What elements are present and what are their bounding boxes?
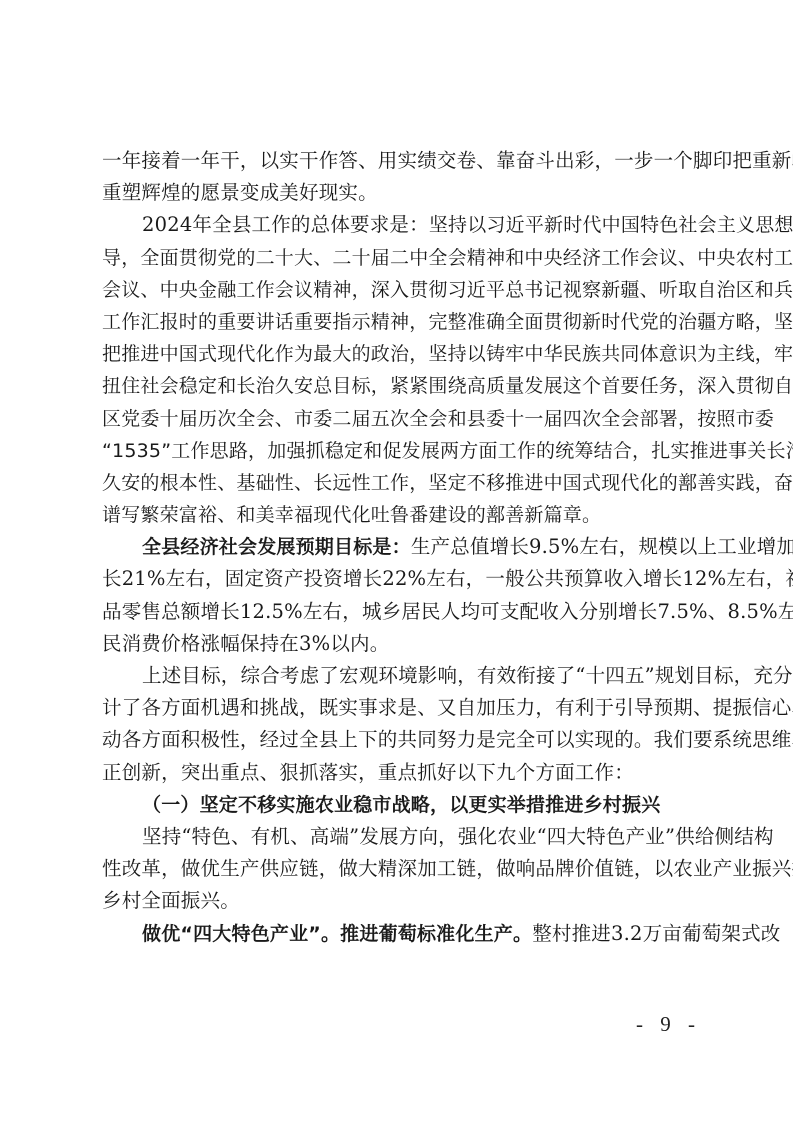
paragraph-lead: 做优“四大特色产业”。推进葡萄标准化生产。 [142,923,532,945]
paragraph-lead: 全县经济社会发展预期目标是： [142,536,411,558]
paragraph-line: 动各方面积极性，经过全县上下的共同努力是完全可以实现的。我们要系统思维、守 [102,724,698,756]
section-heading: （一）坚定不移实施农业稳市战略，以更实举措推进乡村振兴 [102,789,698,821]
paragraph-text: 坚持以习近平新时代中国特色社会主义思想为指 [429,214,793,236]
paragraph-line: 谱写繁荣富裕、和美幸福现代化吐鲁番建设的鄯善新篇章。 [102,499,698,531]
paragraph-line: 工作汇报时的重要讲话重要指示精神，完整准确全面贯彻新时代党的治疆方略，坚持 [102,306,698,338]
paragraph-line: 扭住社会稳定和长治久安总目标，紧紧围绕高质量发展这个首要任务，深入贯彻自治 [102,370,698,402]
paragraph-text: 整村推进3.2万亩葡萄架式改 [532,922,780,945]
paragraph-line: 一年接着一年干，以实干作答、用实绩交卷、靠奋斗出彩，一步一个脚印把重新崛起 [102,145,698,177]
paragraph-line: 全县经济社会发展预期目标是：生产总值增长9.5%左右，规模以上工业增加值增 [102,531,698,563]
paragraph-line: 长21%左右，固定资产投资增长22%左右，一般公共预算收入增长12%左右，社会消… [102,563,698,595]
paragraph-line: “1535”工作思路，加强抓稳定和促发展两方面工作的统筹结合，扎实推进事关长治 [102,435,698,467]
paragraph-line: 民消费价格涨幅保持在3%以内。 [102,628,698,660]
paragraph-line: 乡村全面振兴。 [102,885,698,917]
paragraph-line: 2024年全县工作的总体要求是：坚持以习近平新时代中国特色社会主义思想为指 [102,209,698,241]
paragraph-line: 正创新，突出重点、狠抓落实，重点抓好以下九个方面工作： [102,757,698,789]
paragraph-line: 导，全面贯彻党的二十大、二十届二中全会精神和中央经济工作会议、中央农村工作 [102,242,698,274]
paragraph-line: 上述目标，综合考虑了宏观环境影响，有效衔接了“十四五”规划目标，充分估 [102,660,698,692]
paragraph-line: 性改革，做优生产供应链，做大精深加工链，做响品牌价值链，以农业产业振兴推动 [102,853,698,885]
page-number: - 9 - [636,1012,701,1037]
paragraph-line: 重塑辉煌的愿景变成美好现实。 [102,177,698,209]
paragraph-line: 会议、中央金融工作会议精神，深入贯彻习近平总书记视察新疆、听取自治区和兵团 [102,274,698,306]
paragraph-line: 把推进中国式现代化作为最大的政治，坚持以铸牢中华民族共同体意识为主线，牢牢 [102,338,698,370]
paragraph-text: 生产总值增长9.5%左右，规模以上工业增加值增 [411,535,793,558]
paragraph-lead: 2024年全县工作的总体要求是： [142,213,429,236]
paragraph-line: 久安的根本性、基础性、长远性工作，坚定不移推进中国式现代化的鄯善实践，奋力 [102,467,698,499]
paragraph-line: 区党委十届历次全会、市委二届五次全会和县委十一届四次全会部署，按照市委 [102,403,698,435]
paragraph-line: 品零售总额增长12.5%左右，城乡居民人均可支配收入分别增长7.5%、8.5%左… [102,596,698,628]
paragraph-line: 坚持“特色、有机、高端”发展方向，强化农业“四大特色产业”供给侧结构 [102,821,698,853]
paragraph-line: 计了各方面机遇和挑战，既实事求是、又自加压力，有利于引导预期、提振信心、调 [102,692,698,724]
document-page-body: 一年接着一年干，以实干作答、用实绩交卷、靠奋斗出彩，一步一个脚印把重新崛起 重塑… [102,145,698,950]
paragraph-line: 做优“四大特色产业”。推进葡萄标准化生产。整村推进3.2万亩葡萄架式改 [102,918,698,950]
